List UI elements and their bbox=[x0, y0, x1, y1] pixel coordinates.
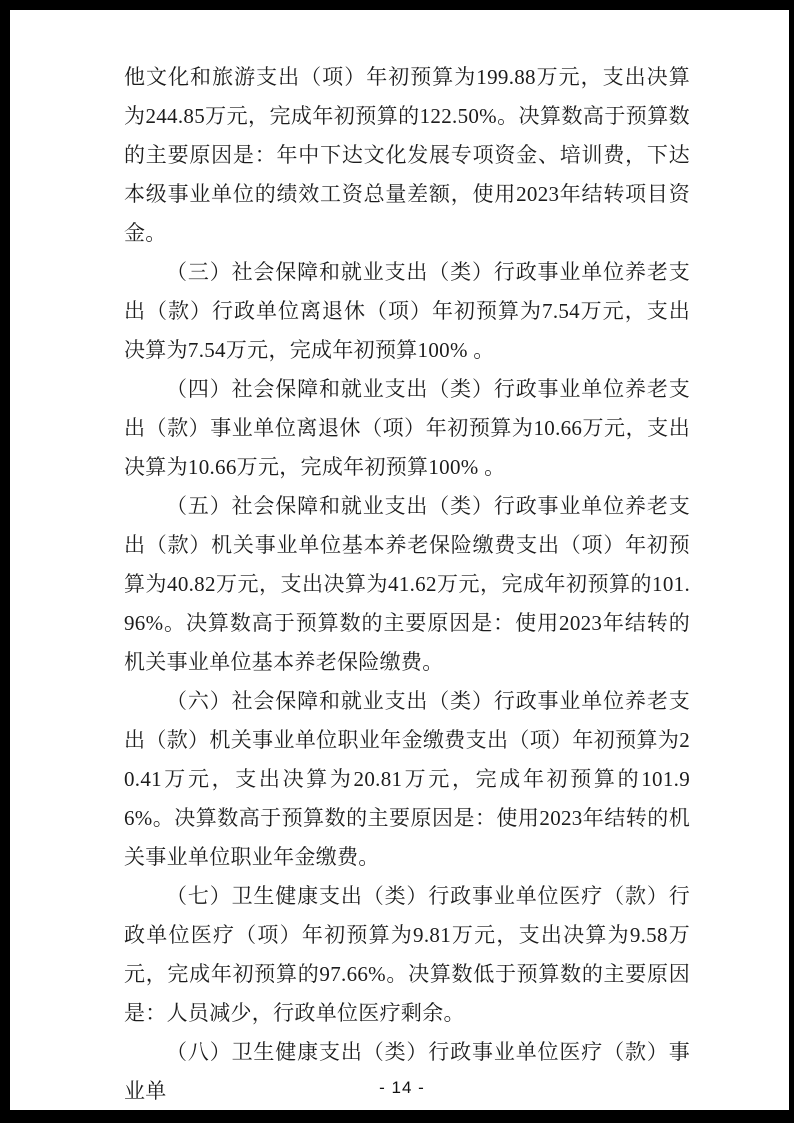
paragraph-continuation: 他文化和旅游支出（项）年初预算为199.88万元，支出决算为244.85万元，完… bbox=[124, 58, 690, 253]
document-page: 他文化和旅游支出（项）年初预算为199.88万元，支出决算为244.85万元，完… bbox=[0, 0, 794, 1123]
document-body-text: 他文化和旅游支出（项）年初预算为199.88万元，支出决算为244.85万元，完… bbox=[20, 20, 784, 1111]
paragraph-item-4: （四）社会保障和就业支出（类）行政事业单位养老支出（款）事业单位离退休（项）年初… bbox=[124, 370, 690, 487]
paragraph-item-3: （三）社会保障和就业支出（类）行政事业单位养老支出（款）行政单位离退休（项）年初… bbox=[124, 253, 690, 370]
page-number: - 14 - bbox=[20, 1078, 784, 1098]
paragraph-item-8-truncated: （八）卫生健康支出（类）行政事业单位医疗（款）事业单 bbox=[124, 1033, 690, 1111]
paragraph-item-5: （五）社会保障和就业支出（类）行政事业单位养老支出（款）机关事业单位基本养老保险… bbox=[124, 487, 690, 682]
paragraph-item-7: （七）卫生健康支出（类）行政事业单位医疗（款）行政单位医疗（项）年初预算为9.8… bbox=[124, 877, 690, 1033]
paragraph-item-6: （六）社会保障和就业支出（类）行政事业单位养老支出（款）机关事业单位职业年金缴费… bbox=[124, 682, 690, 877]
